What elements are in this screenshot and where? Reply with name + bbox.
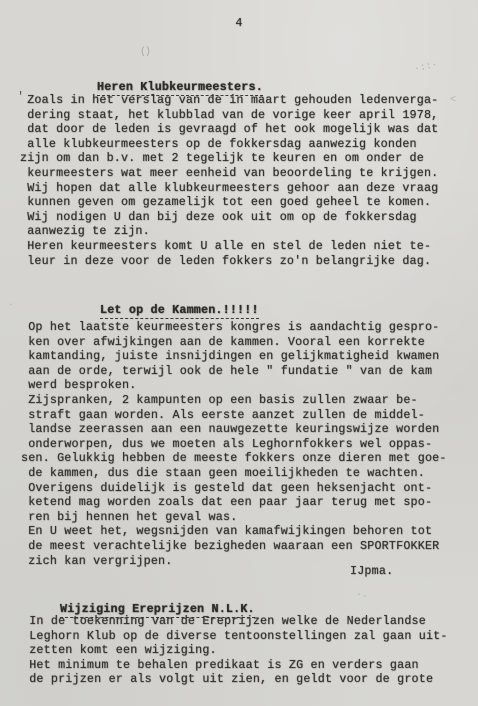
page-number: 4: [0, 16, 478, 31]
section-body-ereprijzen: In de toekenning van de Ereprijzen welke…: [22, 614, 448, 687]
signature-ijpma: IJpma.: [350, 564, 393, 579]
section-heading-kammen: Let op de Kammen.!!!!!: [100, 303, 259, 320]
pencil-smudge: ·::·: [413, 60, 439, 76]
section-body-klubkeurmeesters: Zoals in het verslag van de in maart geh…: [20, 93, 438, 268]
section-body-kammen: Op het laatste keurmeesters kongres is a…: [21, 320, 447, 568]
ink-smudge: (): [140, 47, 150, 58]
ink-dot-smudge: ·.: [356, 590, 368, 601]
margin-speck: ·: [8, 300, 13, 310]
document-page: 4 Heren Klubkeurmeesters. Zoals in het v…: [0, 0, 478, 706]
pencil-check-smudge: <: [450, 95, 456, 106]
